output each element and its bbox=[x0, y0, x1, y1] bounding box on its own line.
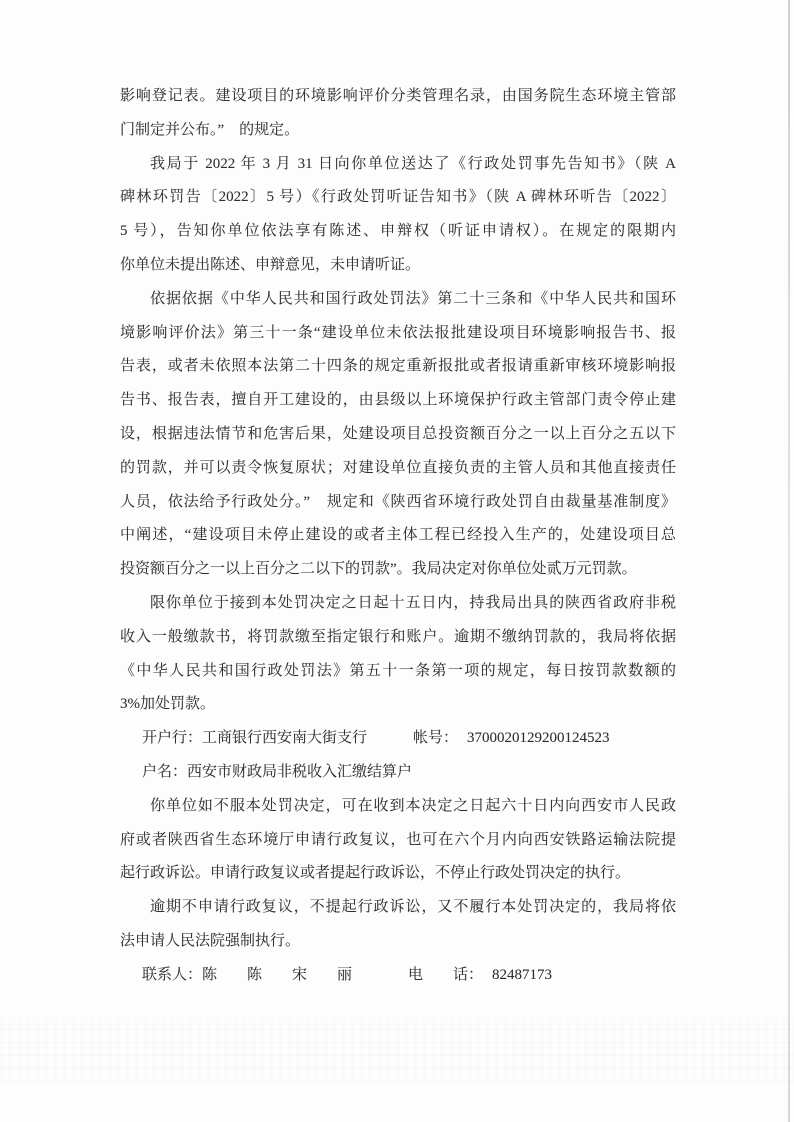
document-line: 起行政诉讼。申请行政复议或者提起行政诉讼，不停止行政处罚决定的执行。 bbox=[120, 857, 676, 891]
document-line: 逾期不申请行政复议，不提起行政诉讼，又不履行本处罚决定的，我局将依 bbox=[120, 891, 676, 925]
bank-account-line: 开户行：工商银行西安南大街支行帐号：3700020129200124523 bbox=[120, 722, 676, 756]
document-line: 人员，依法给予行政处分。” 规定和《陕西省环境行政处罚自由裁量基准制度》 bbox=[120, 486, 676, 520]
paragraph-enforcement: 逾期不申请行政复议，不提起行政诉讼，又不履行本处罚决定的，我局将依 法申请人民法… bbox=[120, 891, 676, 959]
phone-label: 电 话： bbox=[408, 967, 483, 983]
document-line: 限你单位于接到本处罚决定之日起十五日内，持我局出具的陕西省政府非税 bbox=[120, 587, 676, 621]
paragraph-regulation-quote-end: 影响登记表。建设项目的环境影响评价分类管理名录，由国务院生态环境主管部 门制定并… bbox=[120, 80, 676, 148]
document-line: 设，根据违法情节和危害后果，处建设项目总投资额百分之一以上百分之五以下 bbox=[120, 418, 676, 452]
document-line: 碑林环罚告〔2022〕5 号）《行政处罚听证告知书》（陕 A 碑林环听告〔202… bbox=[120, 181, 676, 215]
document-line: 门制定并公布。” 的规定。 bbox=[120, 114, 676, 148]
payee-label: 户名： bbox=[142, 764, 187, 780]
document-line: 5 号），告知你单位依法享有陈述、申辩权（听证申请权）。在规定的限期内 bbox=[120, 215, 676, 249]
document-line: 府或者陕西省生态环境厅申请行政复议，也可在六个月内向西安铁路运输法院提 bbox=[120, 824, 676, 858]
contact-line: 联系人：陈 陈 宋 丽电 话：82487173 bbox=[120, 959, 676, 993]
bank-label: 开户行： bbox=[142, 730, 202, 746]
document-line: 《中华人民共和国行政处罚法》第五十一条第一项的规定，每日按罚款数额的 bbox=[120, 655, 676, 689]
document-line: 的罚款，并可以责令恢复原状；对建设单位直接负责的主管人员和其他直接责任 bbox=[120, 452, 676, 486]
contact-names: 陈 陈 宋 丽 bbox=[202, 967, 352, 983]
account-number: 3700020129200124523 bbox=[467, 730, 610, 746]
document-line: 你单位未提出陈述、申辩意见，未申请听证。 bbox=[120, 249, 676, 283]
document-line: 告书、报告表，擅自开工建设的，由县级以上环境保护行政主管部门责令停止建 bbox=[120, 384, 676, 418]
document-line: 境影响评价法》第三十一条“建设单位未依法报批建设项目环境影响报告书、报 bbox=[120, 317, 676, 351]
document-line: 影响登记表。建设项目的环境影响评价分类管理名录，由国务院生态环境主管部 bbox=[120, 80, 676, 114]
phone-number: 82487173 bbox=[492, 967, 552, 983]
scan-noise-band bbox=[0, 1018, 794, 1082]
document-body: 影响登记表。建设项目的环境影响评价分类管理名录，由国务院生态环境主管部 门制定并… bbox=[120, 80, 676, 993]
document-page: 影响登记表。建设项目的环境影响评价分类管理名录，由国务院生态环境主管部 门制定并… bbox=[0, 0, 794, 1122]
document-line: 3%加处罚款。 bbox=[120, 688, 676, 722]
contact-label: 联系人： bbox=[142, 967, 202, 983]
document-line: 依据依据《中华人民共和国行政处罚法》第二十三条和《中华人民共和国环 bbox=[120, 283, 676, 317]
paragraph-prior-notice: 我局于 2022 年 3 月 31 日向你单位送达了《行政处罚事先告知书》（陕 … bbox=[120, 148, 676, 283]
payee-account-line: 户名：西安市财政局非税收入汇缴结算户 bbox=[120, 756, 676, 790]
account-label: 帐号： bbox=[413, 730, 458, 746]
document-line: 投资额百分之一以上百分之二以下的罚款”。我局决定对你单位处贰万元罚款。 bbox=[120, 553, 676, 587]
document-line: 你单位如不服本处罚决定，可在收到本决定之日起六十日内向西安市人民政 bbox=[120, 790, 676, 824]
document-line: 法申请人民法院强制执行。 bbox=[120, 925, 676, 959]
paragraph-appeal-rights: 你单位如不服本处罚决定，可在收到本决定之日起六十日内向西安市人民政 府或者陕西省… bbox=[120, 790, 676, 891]
document-line: 收入一般缴款书，将罚款缴至指定银行和账户。逾期不缴纳罚款的，我局将依据 bbox=[120, 621, 676, 655]
paragraph-legal-basis: 依据依据《中华人民共和国行政处罚法》第二十三条和《中华人民共和国环 境影响评价法… bbox=[120, 283, 676, 587]
payee-name: 西安市财政局非税收入汇缴结算户 bbox=[187, 764, 412, 780]
document-line: 告表，或者未依照本法第二十四条的规定重新报批或者报请重新审核环境影响报 bbox=[120, 350, 676, 384]
bank-name: 工商银行西安南大街支行 bbox=[202, 730, 367, 746]
document-line: 我局于 2022 年 3 月 31 日向你单位送达了《行政处罚事先告知书》（陕 … bbox=[120, 148, 676, 182]
scan-artifact-edge-line bbox=[788, 0, 790, 1122]
paragraph-payment-deadline: 限你单位于接到本处罚决定之日起十五日内，持我局出具的陕西省政府非税 收入一般缴款… bbox=[120, 587, 676, 722]
document-line: 中阐述，“建设项目未停止建设的或者主体工程已经投入生产的，处建设项目总 bbox=[120, 519, 676, 553]
